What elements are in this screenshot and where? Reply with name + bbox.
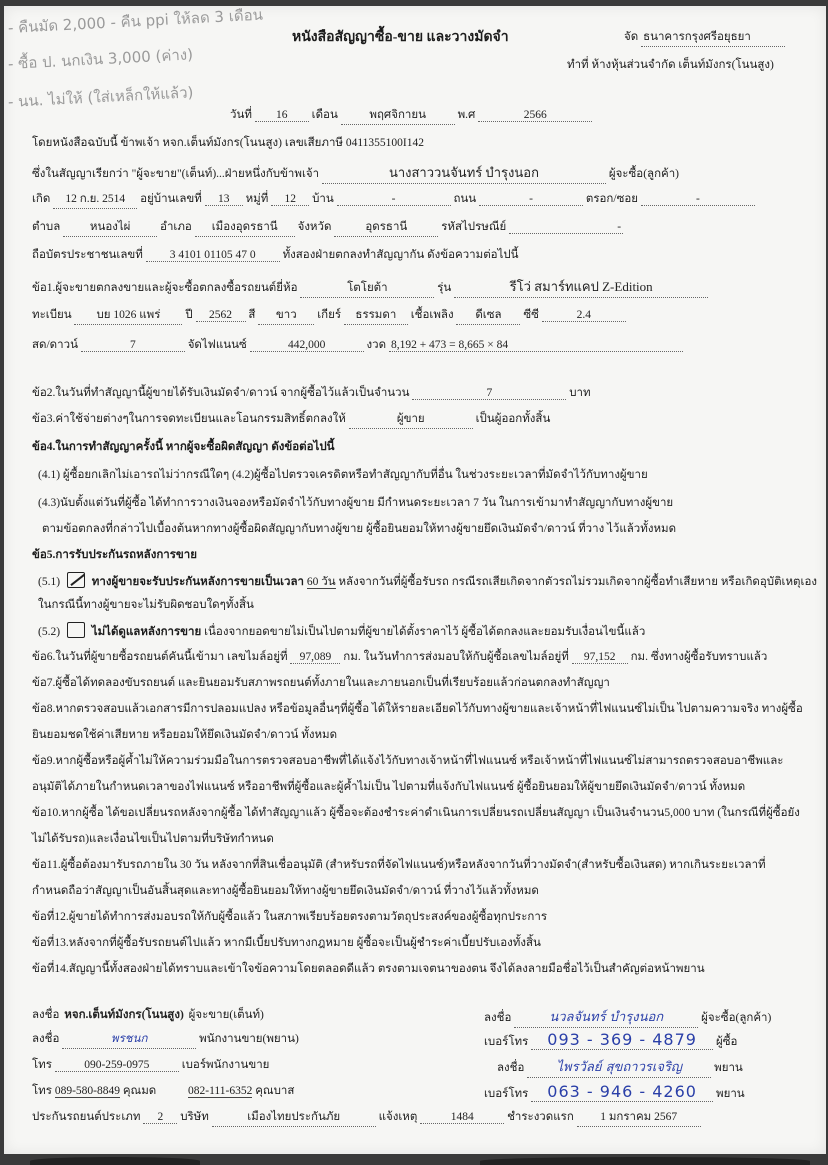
- clause-11b: กำหนดถือว่าสัญญาเป็นอันสิ้นสุดและทางผู้ซ…: [32, 882, 539, 900]
- seller-intro: โดยหนังสือฉบับนี้ ข้าพเจ้า หจก.เต็นท์มัง…: [32, 134, 424, 152]
- installment-value: 8,192 + 473 = 8,665 × 84: [389, 339, 683, 352]
- buyer-phone-line: เบอร์โทร 093 - 369 - 4879 ผู้ซื้อ: [484, 1030, 737, 1051]
- house-no-label: อยู่บ้านเลขที่: [140, 193, 202, 205]
- contact-2-name: คุณบาส: [255, 1085, 294, 1097]
- clause-14: ข้อที่14.สัญญานี้ทั้งสองฝ่ายได้ทราบและเข…: [32, 960, 705, 978]
- phone-label: เบอร์โทร: [484, 1036, 528, 1048]
- address-line-2: ตำบล หนองไผ่ อำเภอ เมืองอุดรธานี จังหวัด…: [32, 218, 623, 237]
- postcode: -: [509, 221, 623, 234]
- agreement-text: ทั้งสองฝ่ายตกลงทำสัญญากัน ดังข้อความต่อไ…: [283, 249, 519, 261]
- buyer-phone: 093 - 369 - 4879: [531, 1030, 713, 1050]
- seller-signature: ลงชื่อ หจก.เต็นท์มังกร(โนนสูง) ผู้จะขาย(…: [32, 1006, 264, 1024]
- contact-2-phone: 082-111-6352: [188, 1085, 252, 1098]
- salesperson-role: พนักงานขาย(พยาน): [199, 1033, 299, 1045]
- no-warranty-checkbox[interactable]: [67, 622, 85, 638]
- soi: -: [641, 193, 755, 206]
- finance-amount-label: จัดไฟแนนซ์: [188, 339, 247, 351]
- vehicle-year: 2562: [196, 309, 246, 322]
- birth-date: 12 ก.ย. 2514: [53, 190, 137, 209]
- clause-6-a: ข้อ6.ในวันที่ผู้ขายซื้อรถยนต์คันนี้เข้าม…: [32, 651, 288, 663]
- buyer-phone-role: ผู้ซื้อ: [716, 1036, 737, 1048]
- seller-clause: ซึ่งในสัญญาเรียกว่า "ผู้จะขาย"(เต็นท์)..…: [32, 168, 319, 180]
- address-line-1: เกิด 12 ก.ย. 2514 อยู่บ้านเลขที่ 13 หมู่…: [32, 190, 755, 209]
- clause-5-1-line2: ในกรณีนี้ทางผู้ขายจะไม่รับผิดชอบใดๆทั้งส…: [38, 596, 254, 614]
- contact-1-phone: 089-580-8849: [55, 1085, 120, 1098]
- clause-9b: อนุมัติได้ภายในกำหนดเวลาของไฟแนนซ์ หรืออ…: [32, 778, 745, 796]
- finance-value: ธนาคารกรุงศรีอยุธยา: [641, 28, 785, 47]
- vehicle-model: รีโว่ สมาร์ทแคป Z-Edition: [454, 276, 708, 298]
- salesperson-signature-value: พรชนก: [62, 1030, 196, 1049]
- clause-4-title: ข้อ4.ในการทำสัญญาครั้งนี้ หากผู้จะซื้อผิ…: [32, 438, 335, 456]
- contact-phones: โทร 089-580-8849 คุณมด 082-111-6352 คุณบ…: [32, 1082, 294, 1100]
- handwritten-note-2: - ซื้อ ป. นกเงิน 3,000 (ค่าง): [7, 42, 193, 76]
- tambon: หนองไผ่: [63, 218, 157, 237]
- vehicle-line-2: ทะเบียน บย 1026 แพร่ ปี 2562 สี ขาว เกีย…: [32, 306, 626, 325]
- moo-label: หมู่ที่: [246, 193, 269, 205]
- witness-role: พยาน: [714, 1062, 743, 1074]
- down-payment: 7: [81, 339, 185, 352]
- id-number: 3 4101 01105 47 0: [146, 249, 280, 262]
- salesperson-signature: ลงชื่อ พรชนก พนักงานขาย(พยาน): [32, 1030, 299, 1049]
- sign-label: ลงชื่อ: [32, 1033, 59, 1045]
- vehicle-brand: โตโยต้า: [300, 279, 434, 298]
- buyer-name: นางสาววนจันทร์ บำรุงนอก: [322, 162, 606, 184]
- clause-6: ข้อ6.ในวันที่ผู้ขายซื้อรถยนต์คันนี้เข้าม…: [32, 648, 767, 666]
- birth-label: เกิด: [32, 193, 50, 205]
- clause-4-3a: (4.3)นับตั้งแต่วันที่ผู้ซื้อ ได้ทำการวาง…: [38, 494, 673, 512]
- buyer-signature-value: นวลจันทร์ บำรุงนอก: [514, 1006, 698, 1028]
- handwritten-note-1: - คืนมัด 2,000 - คืน ppi ให้ลด 3 เดือน: [7, 3, 263, 40]
- road: -: [479, 193, 583, 206]
- clause-2: ข้อ2.ในวันที่ทำสัญญานี้ผู้ขายได้รับเงินม…: [32, 384, 591, 402]
- option-5-1-prefix: (5.1): [38, 576, 60, 588]
- vehicle-line-3: สด/ดาวน์ 7 จัดไฟแนนซ์ 442,000 งวด 8,192 …: [32, 336, 683, 354]
- clause-8b: ยินยอมชดใช้ค่าเสียหาย หรือยอมให้ยึดเงินม…: [32, 726, 337, 744]
- deposit-unit: บาท: [569, 387, 590, 399]
- finance-company: จัด ธนาคารกรุงศรีอยุธยา: [624, 28, 785, 47]
- vehicle-year-label: ปี: [185, 309, 192, 321]
- id-line: ถือบัตรประชาชนเลขที่ 3 4101 01105 47 0 ท…: [32, 246, 519, 264]
- day-value: 16: [255, 109, 309, 122]
- road-label: ถนน: [453, 193, 476, 205]
- insurance-line: ประกันรถยนต์ประเภท 2 บริษัท เมืองไทยประก…: [32, 1108, 701, 1127]
- insurance-company: เมืองไทยประกันภัย: [212, 1108, 376, 1127]
- year-label: พ.ศ: [458, 109, 476, 121]
- clause-8a: ข้อ8.หากตรวจสอบแล้วเอกสารมีการปลอมแปลง ห…: [32, 700, 803, 718]
- phone-label: เบอร์โทร: [484, 1088, 528, 1100]
- buyer-signature: ลงชื่อ นวลจันทร์ บำรุงนอก ผู้จะซื้อ(ลูกค…: [484, 1006, 771, 1028]
- clause-4-1: (4.1) ผู้ซื้อยกเลิกไม่เอารถไม่ว่ากรณีใดๆ…: [38, 466, 648, 484]
- option-5-2-label: ไม่ได้ดูแลหลังการขาย: [92, 626, 201, 638]
- vehicle-fuel: ดีเซล: [456, 306, 520, 325]
- clause-6-c: กม. ซึ่งทางผู้ซื้อรับทราบแล้ว: [631, 651, 768, 663]
- amphoe: เมืองอุดรธานี: [195, 218, 295, 237]
- model-label: รุ่น: [437, 282, 451, 294]
- fuel-label: เชื้อเพลิง: [411, 309, 454, 321]
- mileage-out: 97,152: [572, 651, 628, 664]
- option-5-2-rest: เนื่องจากยอดขายไม่เป็นไปตามที่ผู้ขายได้ต…: [204, 626, 645, 638]
- date-line: วันที่ 16 เดือน พฤศจิกายน พ.ศ 2566: [230, 106, 592, 125]
- contact-1-name: คุณมด: [123, 1085, 156, 1097]
- buyer-line: ซึ่งในสัญญาเรียกว่า "ผู้จะขาย"(เต็นท์)..…: [32, 162, 679, 184]
- witness-phone-line: เบอร์โทร 063 - 946 - 4260 พยาน: [484, 1082, 745, 1103]
- clause-10b: ไม่ได้รับรถ)และเงื่อนไขเป็นไปตามที่บริษั…: [32, 830, 274, 848]
- clause-6-b: กม. ในวันทำการส่งมอบให้กับผู้ซื้อเลขไมล์…: [343, 651, 569, 663]
- soi-label: ตรอก/ซอย: [586, 193, 638, 205]
- clause-3-tail: เป็นผู้ออกทั้งสิ้น: [476, 413, 551, 425]
- finance-amount: 442,000: [250, 339, 364, 352]
- mileage-in: 97,089: [290, 651, 340, 664]
- month-value: พฤศจิกายน: [341, 106, 455, 125]
- document-title: หนังสือสัญญาซื้อ-ขาย และวางมัดจำ: [292, 26, 509, 48]
- first-payment-label: ชำระงวดแรก: [507, 1111, 574, 1123]
- warranty-days: 60 วัน: [307, 576, 336, 589]
- id-label: ถือบัตรประชาชนเลขที่: [32, 249, 143, 261]
- sign-label: ลงชื่อ: [497, 1062, 524, 1074]
- insurance-company-label: บริษัท: [180, 1111, 209, 1123]
- vehicle-line-1: ข้อ1.ผู้จะขายตกลงขายและผู้จะซื้อตกลงซื้อ…: [32, 276, 708, 298]
- clause-13: ข้อที่13.หลังจากที่ผู้ซื้อรับรถยนต์ไปแล้…: [32, 934, 541, 952]
- clause-5-title: ข้อ5.การรับประกันรถหลังการขาย: [32, 546, 197, 564]
- sign-label: ลงชื่อ: [32, 1009, 59, 1021]
- buyer-role-sign: ผู้จะซื้อ(ลูกค้า): [701, 1012, 771, 1024]
- salesperson-phone-line: โทร 090-259-0975 เบอร์พนักงานขาย: [32, 1056, 269, 1074]
- witness-phone: 063 - 946 - 4260: [531, 1082, 713, 1102]
- warranty-option-2: (5.2) ไม่ได้ดูแลหลังการขาย เนื่องจากยอดข…: [38, 622, 645, 641]
- page-edge-shadow: [30, 1157, 200, 1165]
- year-value: 2566: [478, 109, 592, 122]
- clause-3-text: ข้อ3.ค่าใช้จ่ายต่างๆในการจดทะเบียนและโอน…: [32, 413, 346, 425]
- notify-label: แจ้งเหตุ: [379, 1111, 418, 1123]
- village: -: [337, 193, 451, 206]
- province: อุดรธานี: [334, 218, 438, 237]
- deposit-amount: 7: [412, 387, 566, 400]
- clause-3: ข้อ3.ค่าใช้จ่ายต่างๆในการจดทะเบียนและโอน…: [32, 410, 550, 429]
- page-edge-shadow: [480, 1157, 810, 1165]
- clause-1-text: ข้อ1.ผู้จะขายตกลงขายและผู้จะซื้อตกลงซื้อ…: [32, 282, 298, 294]
- insurance-type-label: ประกันรถยนต์ประเภท: [32, 1111, 140, 1123]
- seller-role: ผู้จะขาย(เต็นท์): [189, 1009, 264, 1021]
- contract-document: - คืนมัด 2,000 - คืน ppi ให้ลด 3 เดือน -…: [4, 6, 826, 1154]
- seller-signature-value: หจก.เต็นท์มังกร(โนนสูง): [62, 1006, 186, 1024]
- clause-12: ข้อที่12.ผู้ขายได้ทำการส่งมอบรถให้กับผู้…: [32, 908, 547, 926]
- option-5-2-prefix: (5.2): [38, 626, 60, 638]
- house-no: 13: [205, 193, 243, 206]
- option-5-1-rest: หลังจากวันที่ผู้ซื้อรับรถ กรณีรถเสียเกิด…: [338, 576, 817, 588]
- insurance-type: 2: [143, 1111, 177, 1124]
- clause-4-3b: ตามข้อตกลงที่กล่าวไปเบื้องต้นหากทางผู้ซื…: [42, 520, 676, 538]
- witness-signature: ลงชื่อ ไพรวัลย์ สุขถาวรเจริญ พยาน: [497, 1056, 743, 1078]
- installment-label: งวด: [367, 339, 387, 351]
- warranty-checkbox-60-days[interactable]: [67, 572, 85, 588]
- province-label: จังหวัด: [298, 221, 332, 233]
- handwritten-note-3: - นน. ไม่ให้ (ใส่เหล็กให้แล้ว): [7, 80, 194, 114]
- gear-label: เกียร์: [317, 309, 341, 321]
- finance-label: จัด: [624, 31, 638, 43]
- cc-label: ซีซี: [523, 309, 539, 321]
- tel-label: โทร: [32, 1085, 52, 1097]
- clause-7: ข้อ7.ผู้ซื้อได้ทดลองขับรถยนต์ และยินยอมร…: [32, 674, 610, 692]
- village-label: บ้าน: [312, 193, 334, 205]
- witness-phone-role: พยาน: [716, 1088, 745, 1100]
- notify-number: 1484: [420, 1111, 504, 1124]
- buyer-role: ผู้จะซื้อ(ลูกค้า): [609, 168, 679, 180]
- made-at: ทำที่ ห้างหุ้นส่วนจำกัด เต็นท์มังกร(โนนส…: [567, 56, 774, 74]
- tambon-label: ตำบล: [32, 221, 60, 233]
- vehicle-gear: ธรรมดา: [344, 306, 408, 325]
- clause-9a: ข้อ9.หากผู้ซื้อหรือผู้ค้ำไม่ให้ความร่วมม…: [32, 752, 783, 770]
- vehicle-cc: 2.4: [542, 309, 626, 322]
- fee-payer: ผู้ขาย: [349, 410, 473, 429]
- clause-2-text: ข้อ2.ในวันที่ทำสัญญานี้ผู้ขายได้รับเงินม…: [32, 387, 409, 399]
- amphoe-label: อำเภอ: [160, 221, 192, 233]
- vehicle-plate: บย 1026 แพร่: [74, 306, 182, 325]
- sign-label: ลงชื่อ: [484, 1012, 511, 1024]
- month-label: เดือน: [312, 109, 338, 121]
- salesperson-phone-role: เบอร์พนักงานขาย: [182, 1059, 270, 1071]
- witness-signature-value: ไพรวัลย์ สุขถาวรเจริญ: [527, 1056, 711, 1078]
- moo: 12: [271, 193, 309, 206]
- plate-label: ทะเบียน: [32, 309, 72, 321]
- clause-10a: ข้อ10.หากผู้ซื้อ ได้ขอเปลี่ยนรถหลังจากผู…: [32, 804, 800, 822]
- tel-label: โทร: [32, 1059, 52, 1071]
- vehicle-color: ขาว: [258, 306, 314, 325]
- day-label: วันที่: [230, 109, 252, 121]
- option-5-1-label: ทางผู้ขายจะรับประกันหลังการขายเป็นเวลา: [92, 576, 304, 588]
- warranty-option-1: (5.1) ทางผู้ขายจะรับประกันหลังการขายเป็น…: [38, 572, 817, 591]
- color-label: สี: [248, 309, 255, 321]
- down-label: สด/ดาวน์: [32, 339, 78, 351]
- first-payment-date: 1 มกราคม 2567: [577, 1108, 701, 1127]
- salesperson-phone: 090-259-0975: [55, 1059, 179, 1072]
- clause-11a: ข้อ11.ผู้ซื้อต้องมารับรถภายใน 30 วัน หลั…: [32, 856, 766, 874]
- postcode-label: รหัสไปรษณีย์: [441, 221, 506, 233]
